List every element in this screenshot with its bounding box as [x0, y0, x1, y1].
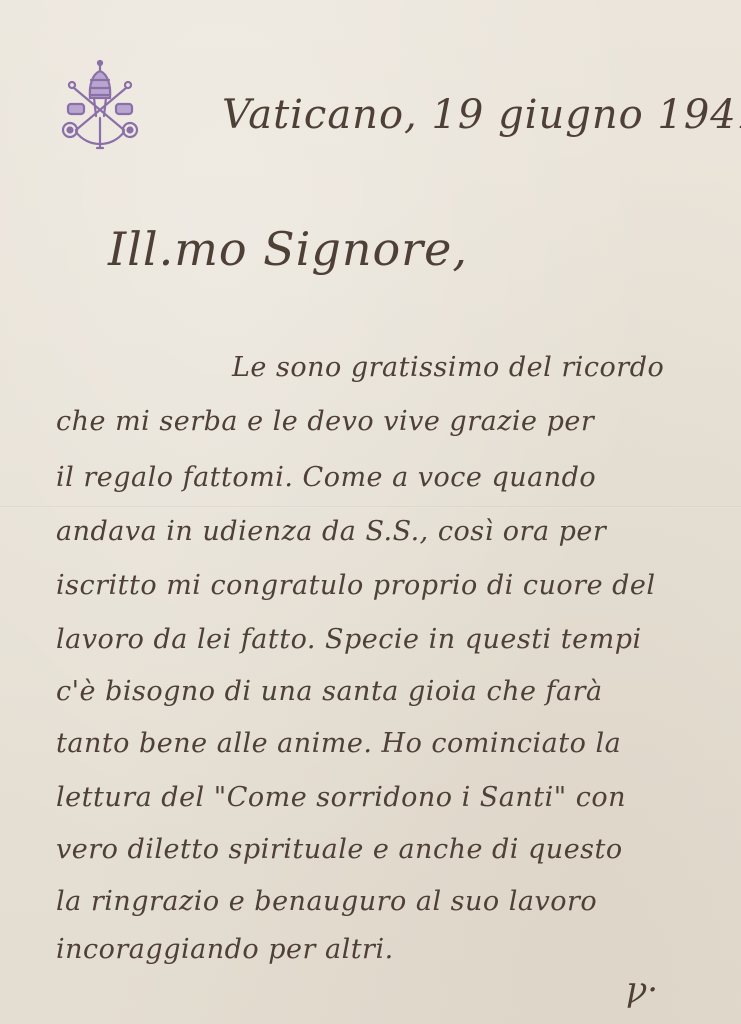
- body-line-3: il regalo fattomi. Come a voce quando: [56, 462, 596, 493]
- letter-dateline: Vaticano, 19 giugno 1941: [222, 92, 741, 138]
- body-line-12: incoraggiando per altri.: [56, 934, 394, 965]
- body-line-1: Le sono gratissimo del ricordo: [232, 352, 664, 383]
- body-line-7: c'è bisogno di una santa gioia che farà: [56, 676, 603, 707]
- body-line-4: andava in udienza da S.S., così ora per: [56, 516, 606, 547]
- paper-fold-crease: [0, 506, 741, 508]
- body-line-5: iscritto mi congratulo proprio di cuore …: [56, 570, 656, 601]
- papal-crest-icon: [54, 58, 146, 154]
- letter-page: Vaticano, 19 giugno 1941 Ill.mo Signore,…: [0, 0, 741, 1024]
- body-line-8: tanto bene alle anime. Ho cominciato la: [56, 728, 621, 759]
- body-line-2: che mi serba e le devo vive grazie per: [56, 406, 594, 437]
- body-line-10: vero diletto spirituale e anche di quest…: [56, 834, 623, 865]
- body-line-11: la ringrazio e benaugurо al suo lavoro: [56, 886, 597, 917]
- body-line-6: lavoro da lei fatto. Specie in questi te…: [56, 624, 642, 655]
- letter-signature: ꝩ·: [626, 970, 659, 1010]
- body-line-9: lettura del "Come sorridono i Santi" con: [56, 782, 626, 813]
- letter-salutation: Ill.mo Signore,: [108, 222, 468, 276]
